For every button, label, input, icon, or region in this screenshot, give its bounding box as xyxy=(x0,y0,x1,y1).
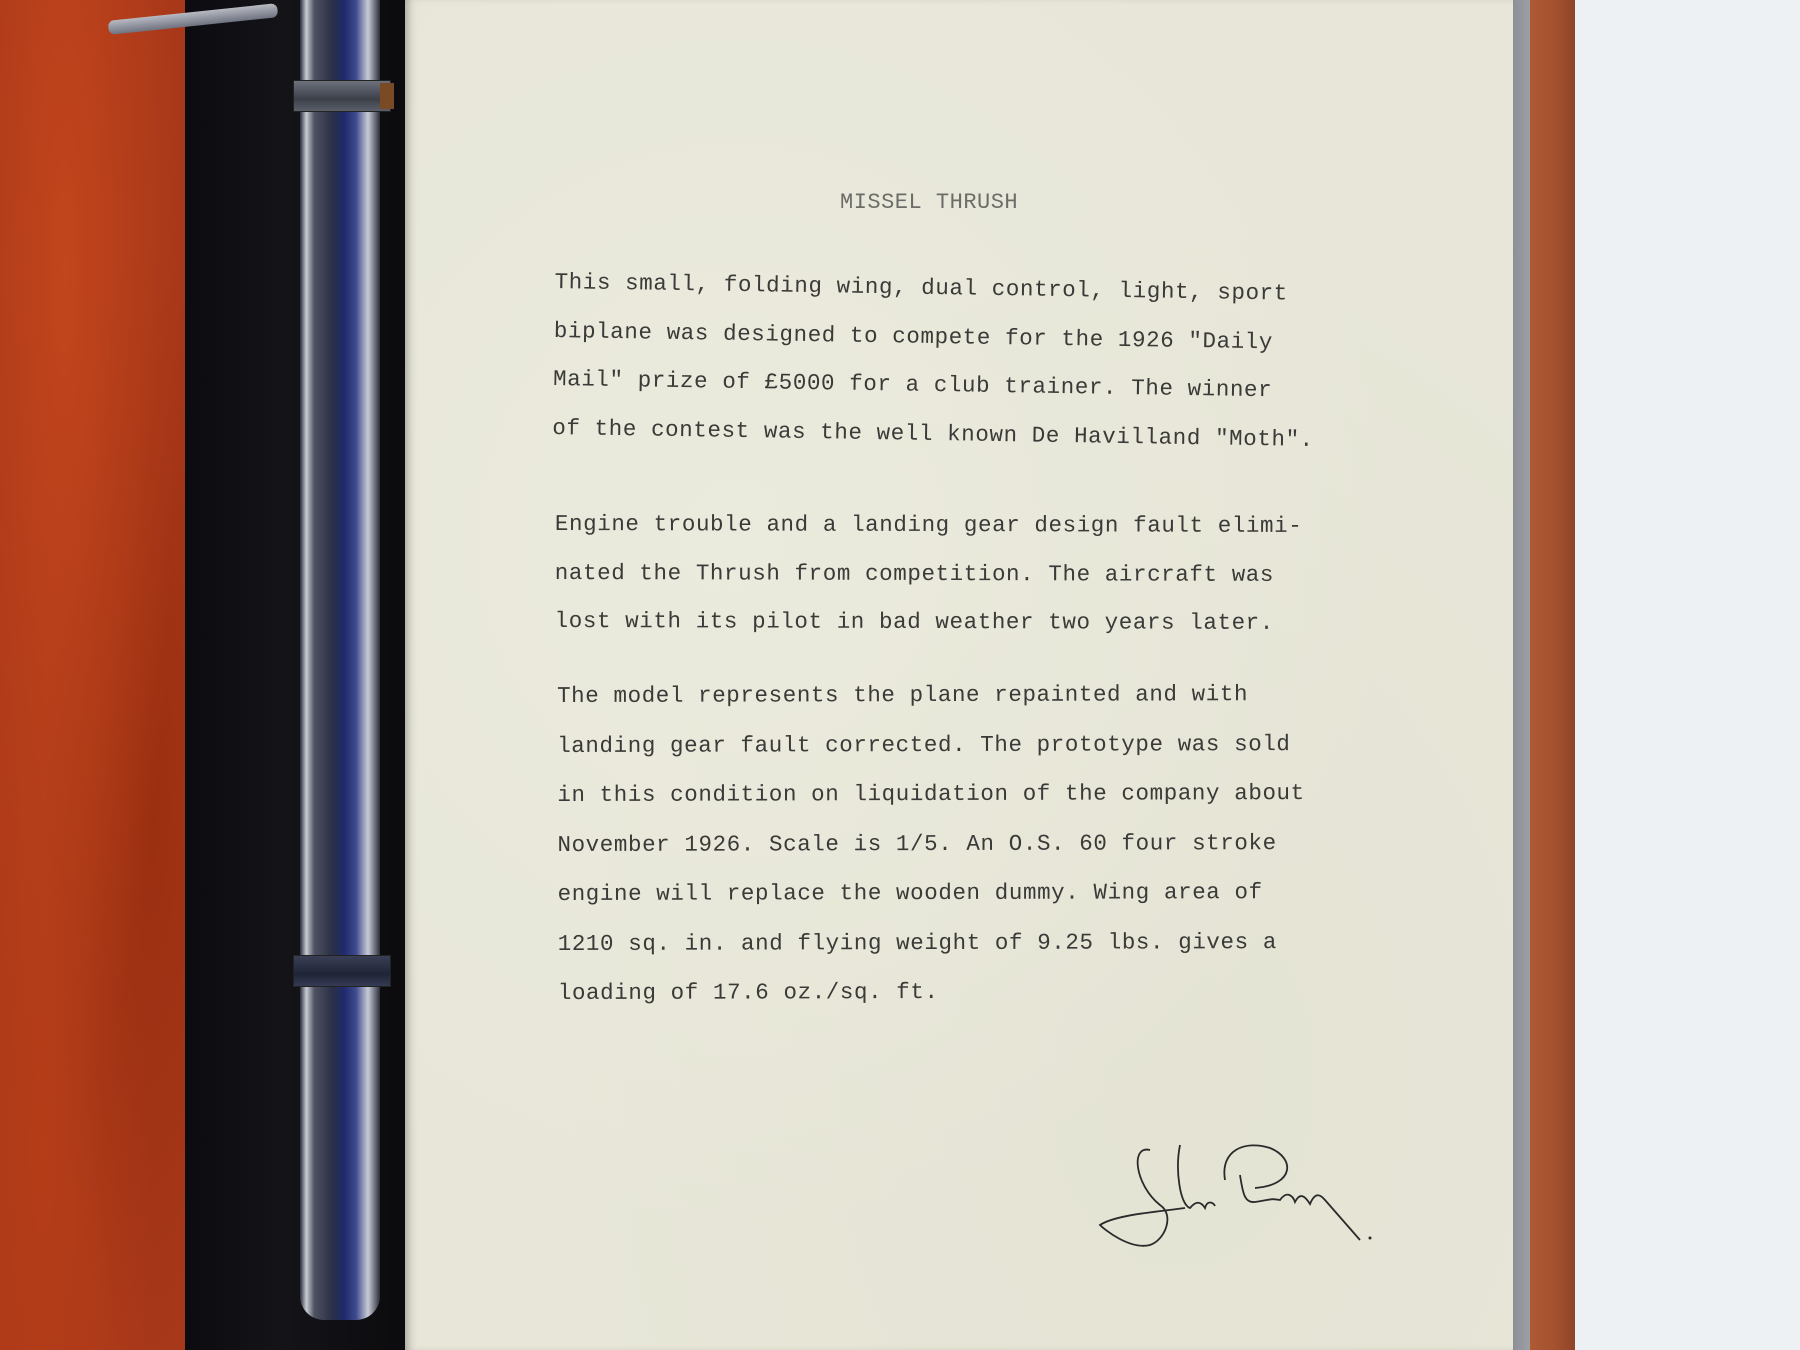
typed-page: MISSEL THRUSH This small, folding wing, … xyxy=(405,0,1513,1350)
handwritten-signature: John Perry xyxy=(1095,1130,1395,1250)
text-line: engine will replace the wooden dummy. Wi… xyxy=(558,868,1378,920)
folder-edge-right xyxy=(1530,0,1575,1350)
red-folder-cover xyxy=(0,0,215,1350)
page-edge-gray xyxy=(1510,0,1530,1350)
text-line: nated the Thrush from competition. The a… xyxy=(555,548,1375,599)
text-line: The model represents the plane repainted… xyxy=(557,670,1377,722)
binder-clip-bottom xyxy=(293,955,391,987)
text-line: landing gear fault corrected. The protot… xyxy=(557,719,1377,771)
page-title: MISSEL THRUSH xyxy=(840,190,970,215)
signature-icon xyxy=(1095,1130,1395,1250)
binder-clip-top xyxy=(293,80,391,112)
text-line: 1210 sq. in. and flying weight of 9.25 l… xyxy=(558,917,1378,969)
text-line: Engine trouble and a landing gear design… xyxy=(555,500,1375,551)
text-line: loading of 17.6 oz./sq. ft. xyxy=(558,967,1378,1019)
text-line: in this condition on liquidation of the … xyxy=(557,769,1377,821)
paragraph-1: This small, folding wing, dual control, … xyxy=(552,258,1375,465)
paragraph-2: Engine trouble and a landing gear design… xyxy=(555,500,1375,648)
text-line: November 1926. Scale is 1/5. An O.S. 60 … xyxy=(557,818,1377,870)
paragraph-3: The model represents the plane repainted… xyxy=(557,670,1378,1019)
text-line: lost with its pilot in bad weather two y… xyxy=(555,597,1375,648)
binder-clip-bar[interactable] xyxy=(300,0,380,1320)
